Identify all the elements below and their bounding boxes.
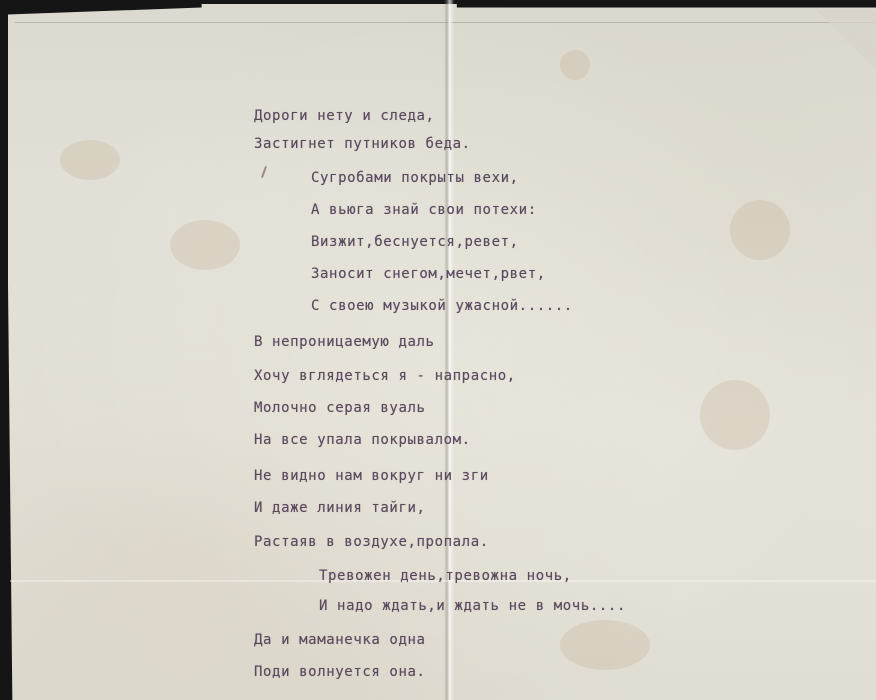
stain [560, 620, 650, 670]
poem-line: И надо ждать,и ждать не в мочь.... [319, 598, 626, 614]
stain [730, 200, 790, 260]
paper-sheet [8, 4, 876, 700]
poem-line: Застигнет путников беда. [254, 136, 471, 152]
stain [560, 50, 590, 80]
poem-line: Растаяв в воздухе,пропала. [254, 534, 489, 550]
poem-line: Хочу вглядеться я - напрасно, [254, 368, 516, 384]
poem-line: Поди волнуется она. [254, 664, 426, 680]
poem-line: А вьюга знай свои потехи: [311, 202, 537, 218]
poem-line: Тревожен день,тревожна ночь, [319, 568, 572, 584]
corner-fold [816, 10, 876, 70]
stain [700, 380, 770, 450]
poem-line: Заносит снегом,мечет,рвет, [311, 266, 546, 282]
stain [170, 220, 240, 270]
poem-line: Дороги нету и следа, [254, 108, 435, 124]
poem-line: Молочно серая вуаль [254, 400, 426, 416]
scanned-document: Дороги нету и следа, Застигнет путников … [0, 0, 876, 700]
poem-line: И даже линия тайги, [254, 500, 426, 516]
stain [60, 140, 120, 180]
poem-line: Не видно нам вокруг ни зги [254, 468, 489, 484]
poem-line: С своею музыкой ужасной...... [311, 298, 573, 314]
poem-line: Да и маманечка одна [254, 632, 426, 648]
poem-line: В непроницаемую даль [254, 334, 435, 350]
poem-line: Сугробами покрыты вехи, [311, 170, 519, 186]
poem-line: Визжит,беснуется,ревет, [311, 234, 519, 250]
fold-crease-vertical [444, 0, 454, 700]
poem-line: На все упала покрывалом. [254, 432, 471, 448]
